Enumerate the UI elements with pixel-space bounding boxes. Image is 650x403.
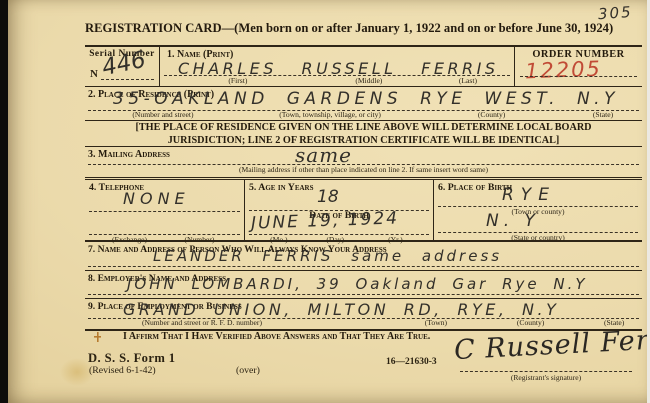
mailing-address-hint: (Mailing address if other than place ind… bbox=[85, 165, 642, 174]
employment-place-field: 9. Place of Employment or Business GRAND… bbox=[85, 299, 642, 331]
mailing-address-label: 3. Mailing Address bbox=[85, 147, 642, 160]
employment-place-value: GRAND UNION, MILTON RD, RYE, N.Y bbox=[123, 300, 559, 319]
first-name-sublabel: (First) bbox=[160, 76, 316, 85]
signature-sublabel: (Registrant's signature) bbox=[460, 373, 632, 382]
order-number-field: ORDER NUMBER 12205 bbox=[515, 47, 642, 86]
contact-person-value: LEANDER FERRIS same address bbox=[153, 247, 502, 265]
employer-field: 8. Employer's Name and Address JOHN LOMB… bbox=[85, 271, 642, 299]
residence-county-sublabel: (County) bbox=[478, 110, 505, 119]
residence-state-sublabel: (State) bbox=[593, 110, 613, 119]
telephone-field: 4. Telephone NONE (Exchange) (Number) bbox=[85, 180, 245, 240]
employment-street-sublabel: (Number and street or R. F. D. number) bbox=[142, 318, 262, 327]
birthplace-town-value: RYE bbox=[502, 185, 556, 205]
form-number: D. S. S. Form 1 bbox=[88, 351, 176, 366]
serial-prefix: N bbox=[90, 68, 98, 80]
last-name-sublabel: (Last) bbox=[422, 76, 514, 85]
age-value: 18 bbox=[317, 187, 339, 207]
residence-value: 35-OAKLAND GARDENS RYE WEST. N.Y bbox=[113, 89, 619, 109]
over-note: (over) bbox=[236, 365, 260, 376]
row-telephone-age-birthplace: 4. Telephone NONE (Exchange) (Number) 5.… bbox=[85, 180, 642, 242]
serial-number-field: Serial Number N 446 bbox=[85, 47, 160, 86]
date-of-birth-value: JUNE 19, 1924 bbox=[251, 208, 400, 233]
mailing-address-field: 3. Mailing Address same (Mailing address… bbox=[85, 147, 642, 180]
print-code: 16—21630-3 bbox=[386, 357, 437, 367]
dashed-rule bbox=[460, 371, 632, 372]
employment-town-sublabel: (Town) bbox=[425, 318, 447, 327]
dashed-rule bbox=[88, 266, 639, 267]
jurisdiction-note: [THE PLACE OF RESIDENCE GIVEN ON THE LIN… bbox=[85, 121, 642, 147]
dashed-rule bbox=[88, 294, 639, 295]
jurisdiction-note-line1: [THE PLACE OF RESIDENCE GIVEN ON THE LIN… bbox=[85, 122, 642, 134]
age-and-birthdate-field: 5. Age in Years 18 Date of Birth JUNE 19… bbox=[245, 180, 434, 240]
dashed-rule bbox=[520, 76, 637, 77]
dashed-rule bbox=[89, 211, 240, 212]
state-or-country-sublabel: (State or country) bbox=[434, 233, 642, 242]
name-field: 1. Name (Print) CHARLES RUSSELL FERRIS (… bbox=[160, 47, 515, 86]
ink-cross-mark bbox=[94, 332, 101, 342]
residence-town-sublabel: (Town, township, village, or city) bbox=[279, 110, 381, 119]
telephone-value: NONE bbox=[123, 189, 190, 208]
jurisdiction-note-line2: JURISDICTION; LINE 2 OF REGISTRATION CER… bbox=[85, 135, 642, 147]
residence-street-sublabel: (Number and street) bbox=[132, 110, 193, 119]
birthplace-state-value: N. Y bbox=[486, 211, 540, 231]
middle-name-sublabel: (Middle) bbox=[316, 76, 422, 85]
name-sublabels: (First) (Middle) (Last) bbox=[160, 76, 514, 85]
card-title: REGISTRATION CARD—(Men born on or after … bbox=[85, 21, 642, 36]
birthplace-field: 6. Place of Birth RYE (Town or county) N… bbox=[434, 180, 642, 240]
row-serial-name-order: Serial Number N 446 1. Name (Print) CHAR… bbox=[85, 45, 642, 87]
employer-value: JOHN LOMBARDI, 39 Oakland Gar Rye N.Y bbox=[127, 275, 588, 293]
employment-county-sublabel: (County) bbox=[517, 318, 544, 327]
contact-person-field: 7. Name and Address of Person Who Will A… bbox=[85, 242, 642, 271]
order-number-value: 12205 bbox=[525, 57, 603, 84]
scan-black-edge bbox=[0, 0, 8, 403]
residence-field: 2. Place of Residence (Print) 35-OAKLAND… bbox=[85, 87, 642, 121]
form-revision: (Revised 6-1-42) bbox=[89, 365, 156, 376]
scanned-registration-card: 305 REGISTRATION CARD—(Men born on or af… bbox=[0, 0, 650, 403]
age-label: 5. Age in Years bbox=[245, 180, 433, 193]
card-paper: 305 REGISTRATION CARD—(Men born on or af… bbox=[8, 0, 647, 403]
